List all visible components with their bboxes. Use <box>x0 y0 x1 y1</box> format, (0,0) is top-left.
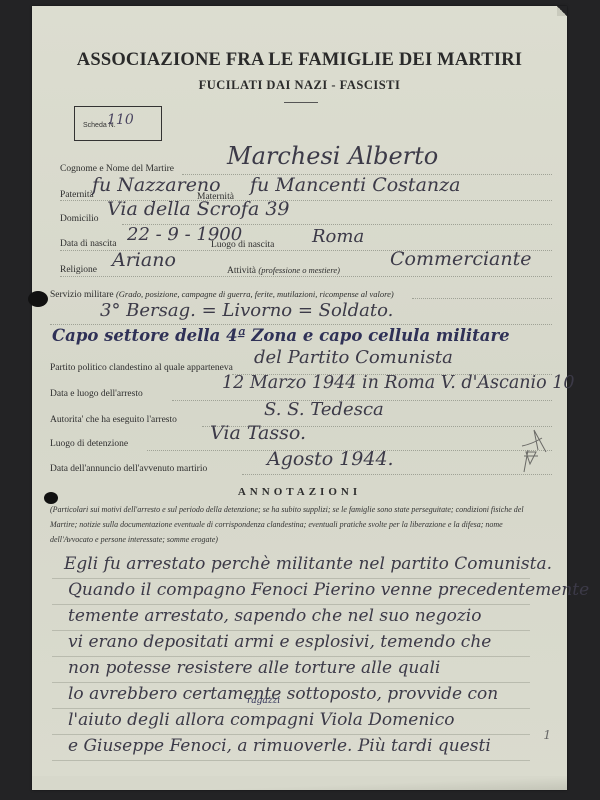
pencil-sketch-icon <box>502 424 562 484</box>
annotation-line-8: e Giuseppe Fenoci, a rimuoverle. Più tar… <box>68 736 491 756</box>
label-religione: Religione <box>60 265 97 275</box>
label-luogo-nascita: Luogo di nascita <box>211 240 274 250</box>
annotation-line-2: Quando il compagno Fenoci Pierino venne … <box>68 580 589 600</box>
scheda-box: Scheda N. 110 <box>74 106 162 141</box>
document-subtitle: FUCILATI DAI NAZI - FASCISTI <box>32 78 567 93</box>
label-paternita: Paternità <box>60 190 94 200</box>
annot-rule-2 <box>52 604 530 605</box>
scheda-number: 110 <box>107 112 134 128</box>
value-attivita: Commerciante <box>390 248 532 270</box>
value-domicilio: Via della Scrofa 39 <box>107 198 290 220</box>
value-partito: del Partito Comunista <box>254 347 453 368</box>
value-martirio: Agosto 1944. <box>267 448 394 470</box>
label-servizio-note: (Grado, posizione, campagne di guerra, f… <box>116 289 394 299</box>
label-detenzione: Luogo di detenzione <box>50 439 128 449</box>
value-servizio-extra: Capo settore della 4ª Zona e capo cellul… <box>52 326 510 345</box>
label-arresto: Data e luogo dell'arresto <box>50 389 143 399</box>
annotation-line-4: vi erano depositati armi e esplosivi, te… <box>68 632 491 652</box>
rule-religione <box>60 276 552 277</box>
annotation-line-7: l'aiuto degli allora compagni Viola Dome… <box>68 710 455 730</box>
value-luogo-nascita: Roma <box>312 226 364 247</box>
rule-servizio-1 <box>412 298 552 299</box>
value-servizio-militare: 3° Bersag. = Livorno = Soldato. <box>100 300 393 321</box>
label-martirio: Data dell'annuncio dell'avvenuto martiri… <box>50 464 207 474</box>
annotazioni-instructions: (Particolari sui motivi dell'arresto e s… <box>50 502 545 547</box>
punch-hole-bottom <box>44 492 58 504</box>
annot-rule-4 <box>52 656 530 657</box>
value-cognome-nome: Marchesi Alberto <box>227 142 438 170</box>
document-title: ASSOCIAZIONE FRA LE FAMIGLIE DEI MARTIRI <box>32 50 567 71</box>
annotation-line-3: temente arrestato, sapendo che nel suo n… <box>68 606 481 626</box>
annotation-line-1: Egli fu arrestato perchè militante nel p… <box>64 554 552 574</box>
label-attivita-note: (professione o mestiere) <box>258 265 340 275</box>
label-domicilio: Domicilio <box>60 214 99 224</box>
label-attivita: Attività (professione o mestiere) <box>227 265 340 276</box>
label-attivita-text: Attività <box>227 266 256 276</box>
label-autorita: Autorita' che ha eseguito l'arresto <box>50 415 177 425</box>
rule-servizio-2 <box>50 324 552 325</box>
label-cognome-nome: Cognome e Nome del Martire <box>60 164 174 174</box>
document-page: ASSOCIAZIONE FRA LE FAMIGLIE DEI MARTIRI… <box>32 6 567 790</box>
value-religione: Ariano <box>112 249 176 271</box>
value-maternita: fu Mancenti Costanza <box>250 174 460 196</box>
title-ornament <box>284 102 318 105</box>
folded-corner <box>557 6 567 16</box>
annotazioni-heading: ANNOTAZIONI <box>32 486 567 498</box>
value-detenzione: Via Tasso. <box>210 422 306 444</box>
annot-rule-5 <box>52 682 530 683</box>
label-partito: Partito politico clandestino al quale ap… <box>50 363 233 373</box>
annot-rule-6 <box>52 708 530 709</box>
annotation-line-5: non potesse resistere alle torture alle … <box>68 658 440 678</box>
annot-rule-7 <box>52 734 530 735</box>
label-servizio-text: Servizio militare <box>50 290 114 300</box>
annotation-line-6: lo avrebbero certamente sottoposto, prov… <box>68 684 498 704</box>
label-data-nascita: Data di nascita <box>60 239 116 249</box>
page-number: 1 <box>543 728 551 742</box>
punch-hole-top <box>28 291 48 307</box>
annotation-correction: ragazzi <box>247 696 280 706</box>
value-arresto: 12 Marzo 1944 in Roma V. d'Ascanio 10 <box>222 373 575 393</box>
annot-rule-8 <box>52 760 530 761</box>
label-servizio-militare: Servizio militare (Grado, posizione, cam… <box>50 289 394 300</box>
torn-bottom-edge <box>32 776 567 790</box>
value-autorita: S. S. Tedesca <box>264 399 384 420</box>
annot-rule-1 <box>52 578 530 579</box>
annot-rule-3 <box>52 630 530 631</box>
